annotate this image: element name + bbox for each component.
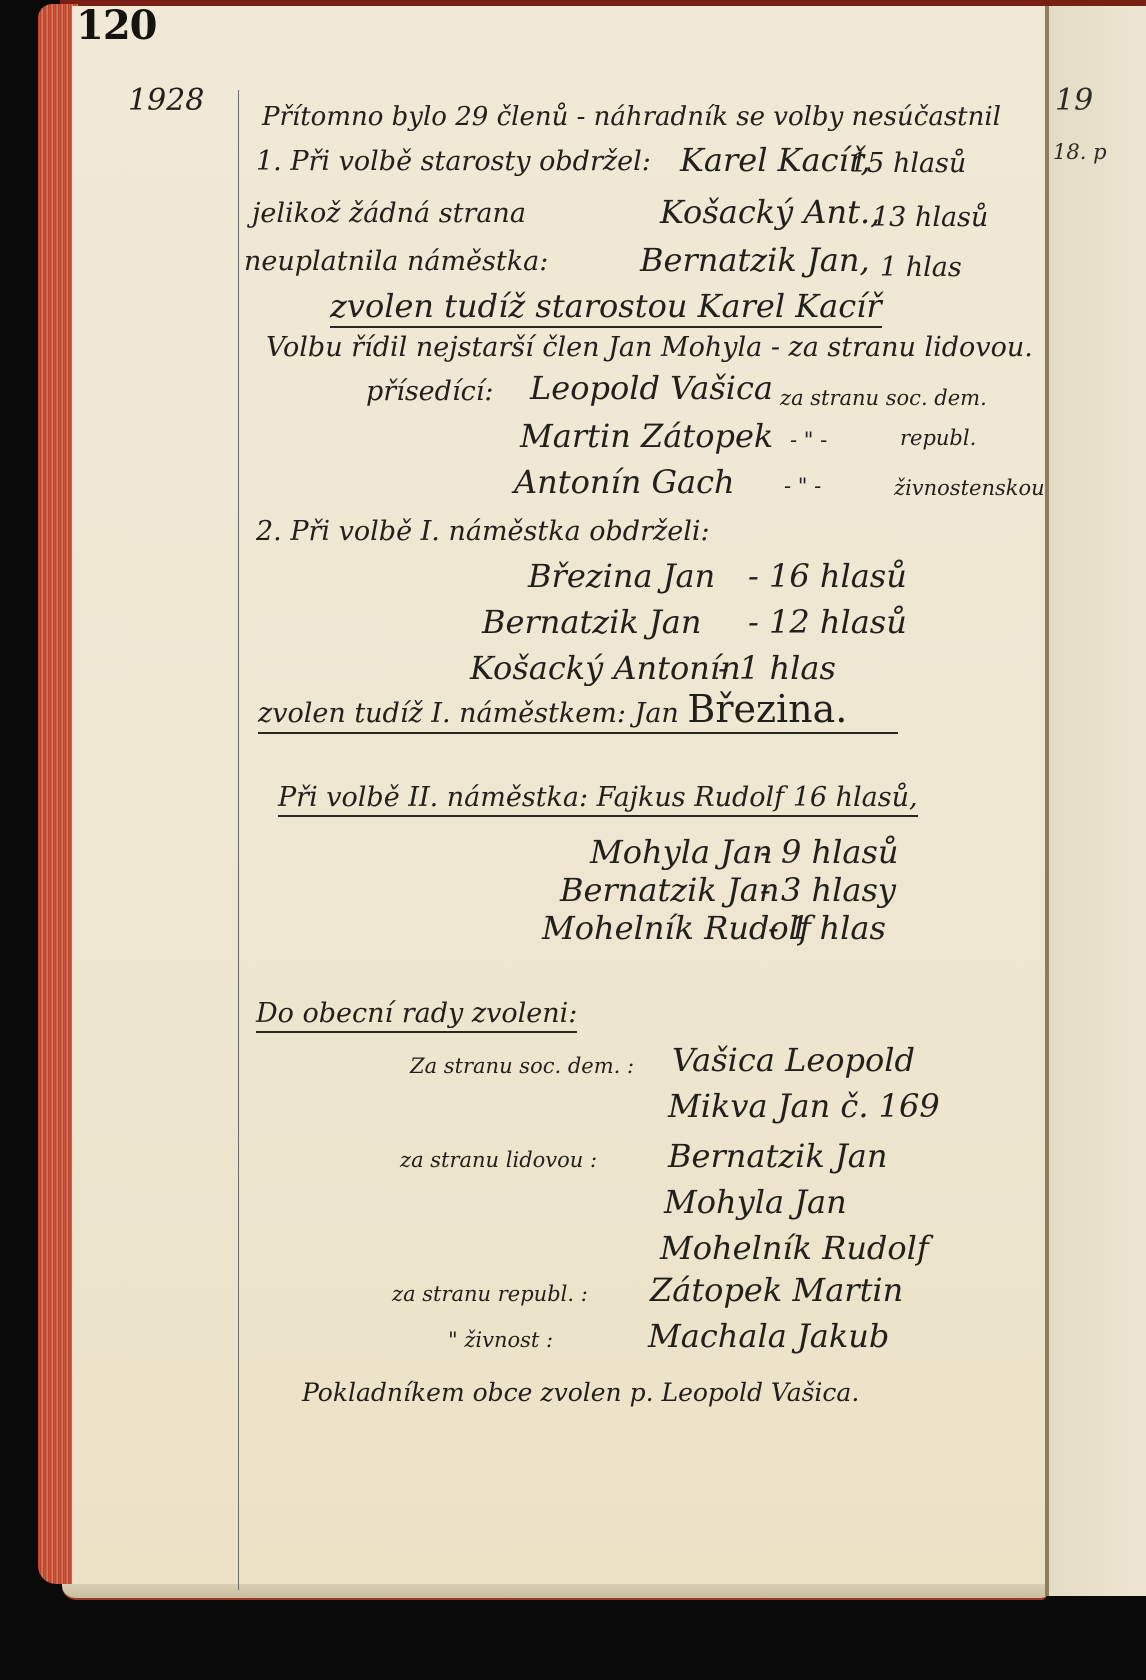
candidate-name: Košacký Ant., — [660, 196, 880, 228]
assessors-label: přísedící: — [366, 378, 493, 405]
attendance-line: Přítomno bylo 29 členů - náhradník se vo… — [262, 104, 1001, 130]
facing-line: 18. p — [1053, 142, 1107, 163]
candidate-votes: - 3 hlasy — [760, 874, 896, 906]
candidate-votes: 1 hlas — [880, 254, 962, 281]
candidate-name: Karel Kacíř, — [680, 144, 871, 176]
candidate-name: Bernatzik Jan, — [640, 244, 870, 276]
deputy1-result: zvolen tudíž I. náměstkem: Jan Březina. — [258, 690, 898, 734]
section1-note: neuplatnila náměstka: — [244, 248, 548, 275]
council-heading: Do obecní rady zvoleni: — [256, 1000, 577, 1033]
treasurer-line: Pokladníkem obce zvolen p. Leopold Vašic… — [302, 1380, 859, 1405]
council-member: Bernatzik Jan — [668, 1140, 887, 1172]
assessor-ditto: - " - — [790, 430, 827, 451]
section1-heading: 1. Při volbě starosty obdržel: — [256, 148, 651, 175]
council-member: Machala Jakub — [648, 1320, 889, 1352]
page-bottom-edge — [62, 1584, 1047, 1600]
candidate-votes: 13 hlasů — [872, 204, 988, 231]
assessor-party: za stranu soc. dem. — [780, 388, 987, 409]
assessor-party: republ. — [900, 428, 976, 449]
margin-rule — [238, 90, 239, 1590]
candidate-name: Bernatzik Jan — [560, 874, 779, 906]
council-group-label: Za stranu soc. dem. : — [410, 1056, 634, 1077]
candidate-votes: - 1 hlas — [718, 652, 836, 684]
facing-page: 19 18. p — [1049, 6, 1146, 1596]
facing-year: 19 — [1055, 86, 1093, 116]
council-member: Mikva Jan č. 169 — [668, 1090, 940, 1122]
assessor-ditto: - " - — [784, 476, 821, 497]
assessor-party: živnostenskou — [894, 478, 1045, 499]
page-number: 120 — [76, 2, 157, 49]
section1-note: jelikož žádná strana — [252, 200, 526, 227]
deputy1-result-name: Březina. — [687, 687, 847, 731]
year-label: 1928 — [128, 86, 204, 116]
mayor-result: zvolen tudíž starostou Karel Kacíř — [330, 290, 882, 328]
candidate-votes: - 16 hlasů — [748, 560, 907, 592]
candidate-name: Březina Jan — [528, 560, 715, 592]
candidate-votes: - 12 hlasů — [748, 606, 907, 638]
council-member: Vašica Leopold — [672, 1044, 915, 1076]
council-group-label: " živnost : — [448, 1330, 553, 1351]
candidate-votes: 15 hlasů — [850, 150, 966, 177]
council-member: Zátopek Martin — [650, 1274, 903, 1306]
candidate-name: Mohyla Jan — [590, 836, 773, 868]
assessor-name: Antonín Gach — [514, 466, 735, 498]
assessor-name: Martin Zátopek — [520, 420, 773, 452]
candidate-votes: - 9 hlasů — [760, 836, 898, 868]
candidate-votes: - 1 hlas — [768, 912, 886, 944]
candidate-name: Bernatzik Jan — [482, 606, 701, 638]
council-group-label: za stranu lidovou : — [400, 1150, 597, 1171]
chair-line: Volbu řídil nejstarší člen Jan Mohyla - … — [266, 334, 1033, 361]
assessor-name: Leopold Vašica — [530, 372, 773, 404]
candidate-name: Košacký Antonín — [470, 652, 741, 684]
section3-heading: Při volbě II. náměstka: Fajkus Rudolf 16… — [278, 784, 918, 817]
deputy1-result-prefix: zvolen tudíž I. náměstkem: Jan — [258, 698, 679, 729]
council-member: Mohyla Jan — [664, 1186, 847, 1218]
council-member: Mohelník Rudolf — [660, 1232, 929, 1264]
council-group-label: za stranu republ. : — [392, 1284, 588, 1305]
section2-heading: 2. Při volbě I. náměstka obdrželi: — [256, 518, 710, 545]
